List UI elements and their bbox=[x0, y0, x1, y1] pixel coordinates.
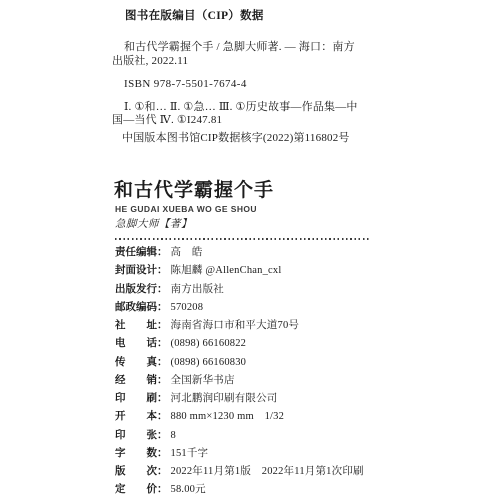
label-colon: ： bbox=[157, 393, 168, 404]
details-label: 责任编辑 bbox=[115, 244, 157, 262]
details-value: 全国新华书店 bbox=[171, 375, 235, 386]
details-value: 151千字 bbox=[171, 448, 209, 459]
details-row: 字数：151千字 bbox=[115, 445, 475, 463]
book-copyright-page: 图书在版编目（CIP）数据 和古代学霸握个手 / 急脚大师著. — 海口：南方 … bbox=[0, 0, 500, 500]
book-title-pinyin: HE GUDAI XUEBA WO GE SHOU bbox=[115, 205, 257, 215]
details-label: 传真 bbox=[115, 354, 157, 372]
details-value: 高 皓 bbox=[171, 247, 203, 258]
details-row: 版次：2022年11月第1版 2022年11月第1次印刷 bbox=[115, 463, 475, 481]
details-label: 电话 bbox=[115, 335, 157, 353]
isbn-number: ISBN 978-7-5501-7674-4 bbox=[124, 78, 247, 91]
label-colon: ： bbox=[157, 265, 168, 276]
details-label: 封面设计 bbox=[115, 262, 157, 280]
details-row: 定价：58.00元 bbox=[115, 481, 475, 499]
details-row: 邮政编码：570208 bbox=[115, 299, 475, 317]
details-value: 海南省海口市和平大道70号 bbox=[171, 320, 300, 331]
label-colon: ： bbox=[157, 338, 168, 349]
details-row: 社址：海南省海口市和平大道70号 bbox=[115, 317, 475, 335]
details-value: (0898) 66160822 bbox=[171, 338, 247, 349]
cip-heading: 图书在版编目（CIP）数据 bbox=[125, 10, 264, 23]
label-colon: ： bbox=[157, 302, 168, 313]
author-line: 急脚大师【著】 bbox=[115, 219, 192, 231]
label-colon: ： bbox=[157, 448, 168, 459]
label-colon: ： bbox=[157, 375, 168, 386]
details-value: 880 mm×1230 mm 1/32 bbox=[171, 411, 285, 422]
details-label: 字数 bbox=[115, 445, 157, 463]
dotted-separator bbox=[115, 238, 369, 240]
details-row: 电话：(0898) 66160822 bbox=[115, 335, 475, 353]
details-value: 2022年11月第1版 2022年11月第1次印刷 bbox=[171, 466, 364, 477]
details-label: 定价 bbox=[115, 481, 157, 499]
details-row: 责任编辑：高 皓 bbox=[115, 244, 475, 262]
details-label: 开本 bbox=[115, 408, 157, 426]
details-row: 印刷：河北鹏润印刷有限公司 bbox=[115, 390, 475, 408]
label-colon: ： bbox=[157, 284, 168, 295]
cip-classification-line2: 国—当代 Ⅳ. ①I247.81 bbox=[112, 114, 222, 127]
details-value: (0898) 66160830 bbox=[171, 357, 247, 368]
label-colon: ： bbox=[157, 357, 168, 368]
details-label: 经销 bbox=[115, 372, 157, 390]
details-label: 出版发行 bbox=[115, 281, 157, 299]
label-colon: ： bbox=[157, 484, 168, 495]
label-colon: ： bbox=[157, 247, 168, 258]
details-value: 陈旭麟 @AllenChan_cxl bbox=[171, 265, 282, 276]
details-row: 经销：全国新华书店 bbox=[115, 372, 475, 390]
cip-classification-line1: Ⅰ. ①和… Ⅱ. ①急… Ⅲ. ①历史故事—作品集—中 bbox=[124, 101, 358, 114]
details-row: 封面设计：陈旭麟 @AllenChan_cxl bbox=[115, 262, 475, 280]
details-row: 传真：(0898) 66160830 bbox=[115, 354, 475, 372]
details-value: 8 bbox=[171, 430, 176, 441]
label-colon: ： bbox=[157, 320, 168, 331]
details-label: 邮政编码 bbox=[115, 299, 157, 317]
label-colon: ： bbox=[157, 466, 168, 477]
details-value: 58.00元 bbox=[171, 484, 206, 495]
cip-description-line2: 出版社, 2022.11 bbox=[112, 55, 188, 68]
label-colon: ： bbox=[157, 411, 168, 422]
details-value: 570208 bbox=[171, 302, 204, 313]
cip-description-line1: 和古代学霸握个手 / 急脚大师著. — 海口：南方 bbox=[124, 41, 355, 54]
details-label: 印刷 bbox=[115, 390, 157, 408]
details-value: 河北鹏润印刷有限公司 bbox=[171, 393, 278, 404]
details-row: 开本：880 mm×1230 mm 1/32 bbox=[115, 408, 475, 426]
details-table: 责任编辑：高 皓 封面设计：陈旭麟 @AllenChan_cxl 出版发行：南方… bbox=[115, 244, 475, 500]
book-title: 和古代学霸握个手 bbox=[114, 180, 274, 202]
details-label: 社址 bbox=[115, 317, 157, 335]
details-label: 印张 bbox=[115, 427, 157, 445]
cip-record-number: 中国版本图书馆CIP数据核字(2022)第116802号 bbox=[122, 132, 350, 145]
details-row: 印张：8 bbox=[115, 427, 475, 445]
details-label: 版次 bbox=[115, 463, 157, 481]
details-row: 出版发行：南方出版社 bbox=[115, 281, 475, 299]
details-value: 南方出版社 bbox=[171, 284, 225, 295]
label-colon: ： bbox=[157, 430, 168, 441]
